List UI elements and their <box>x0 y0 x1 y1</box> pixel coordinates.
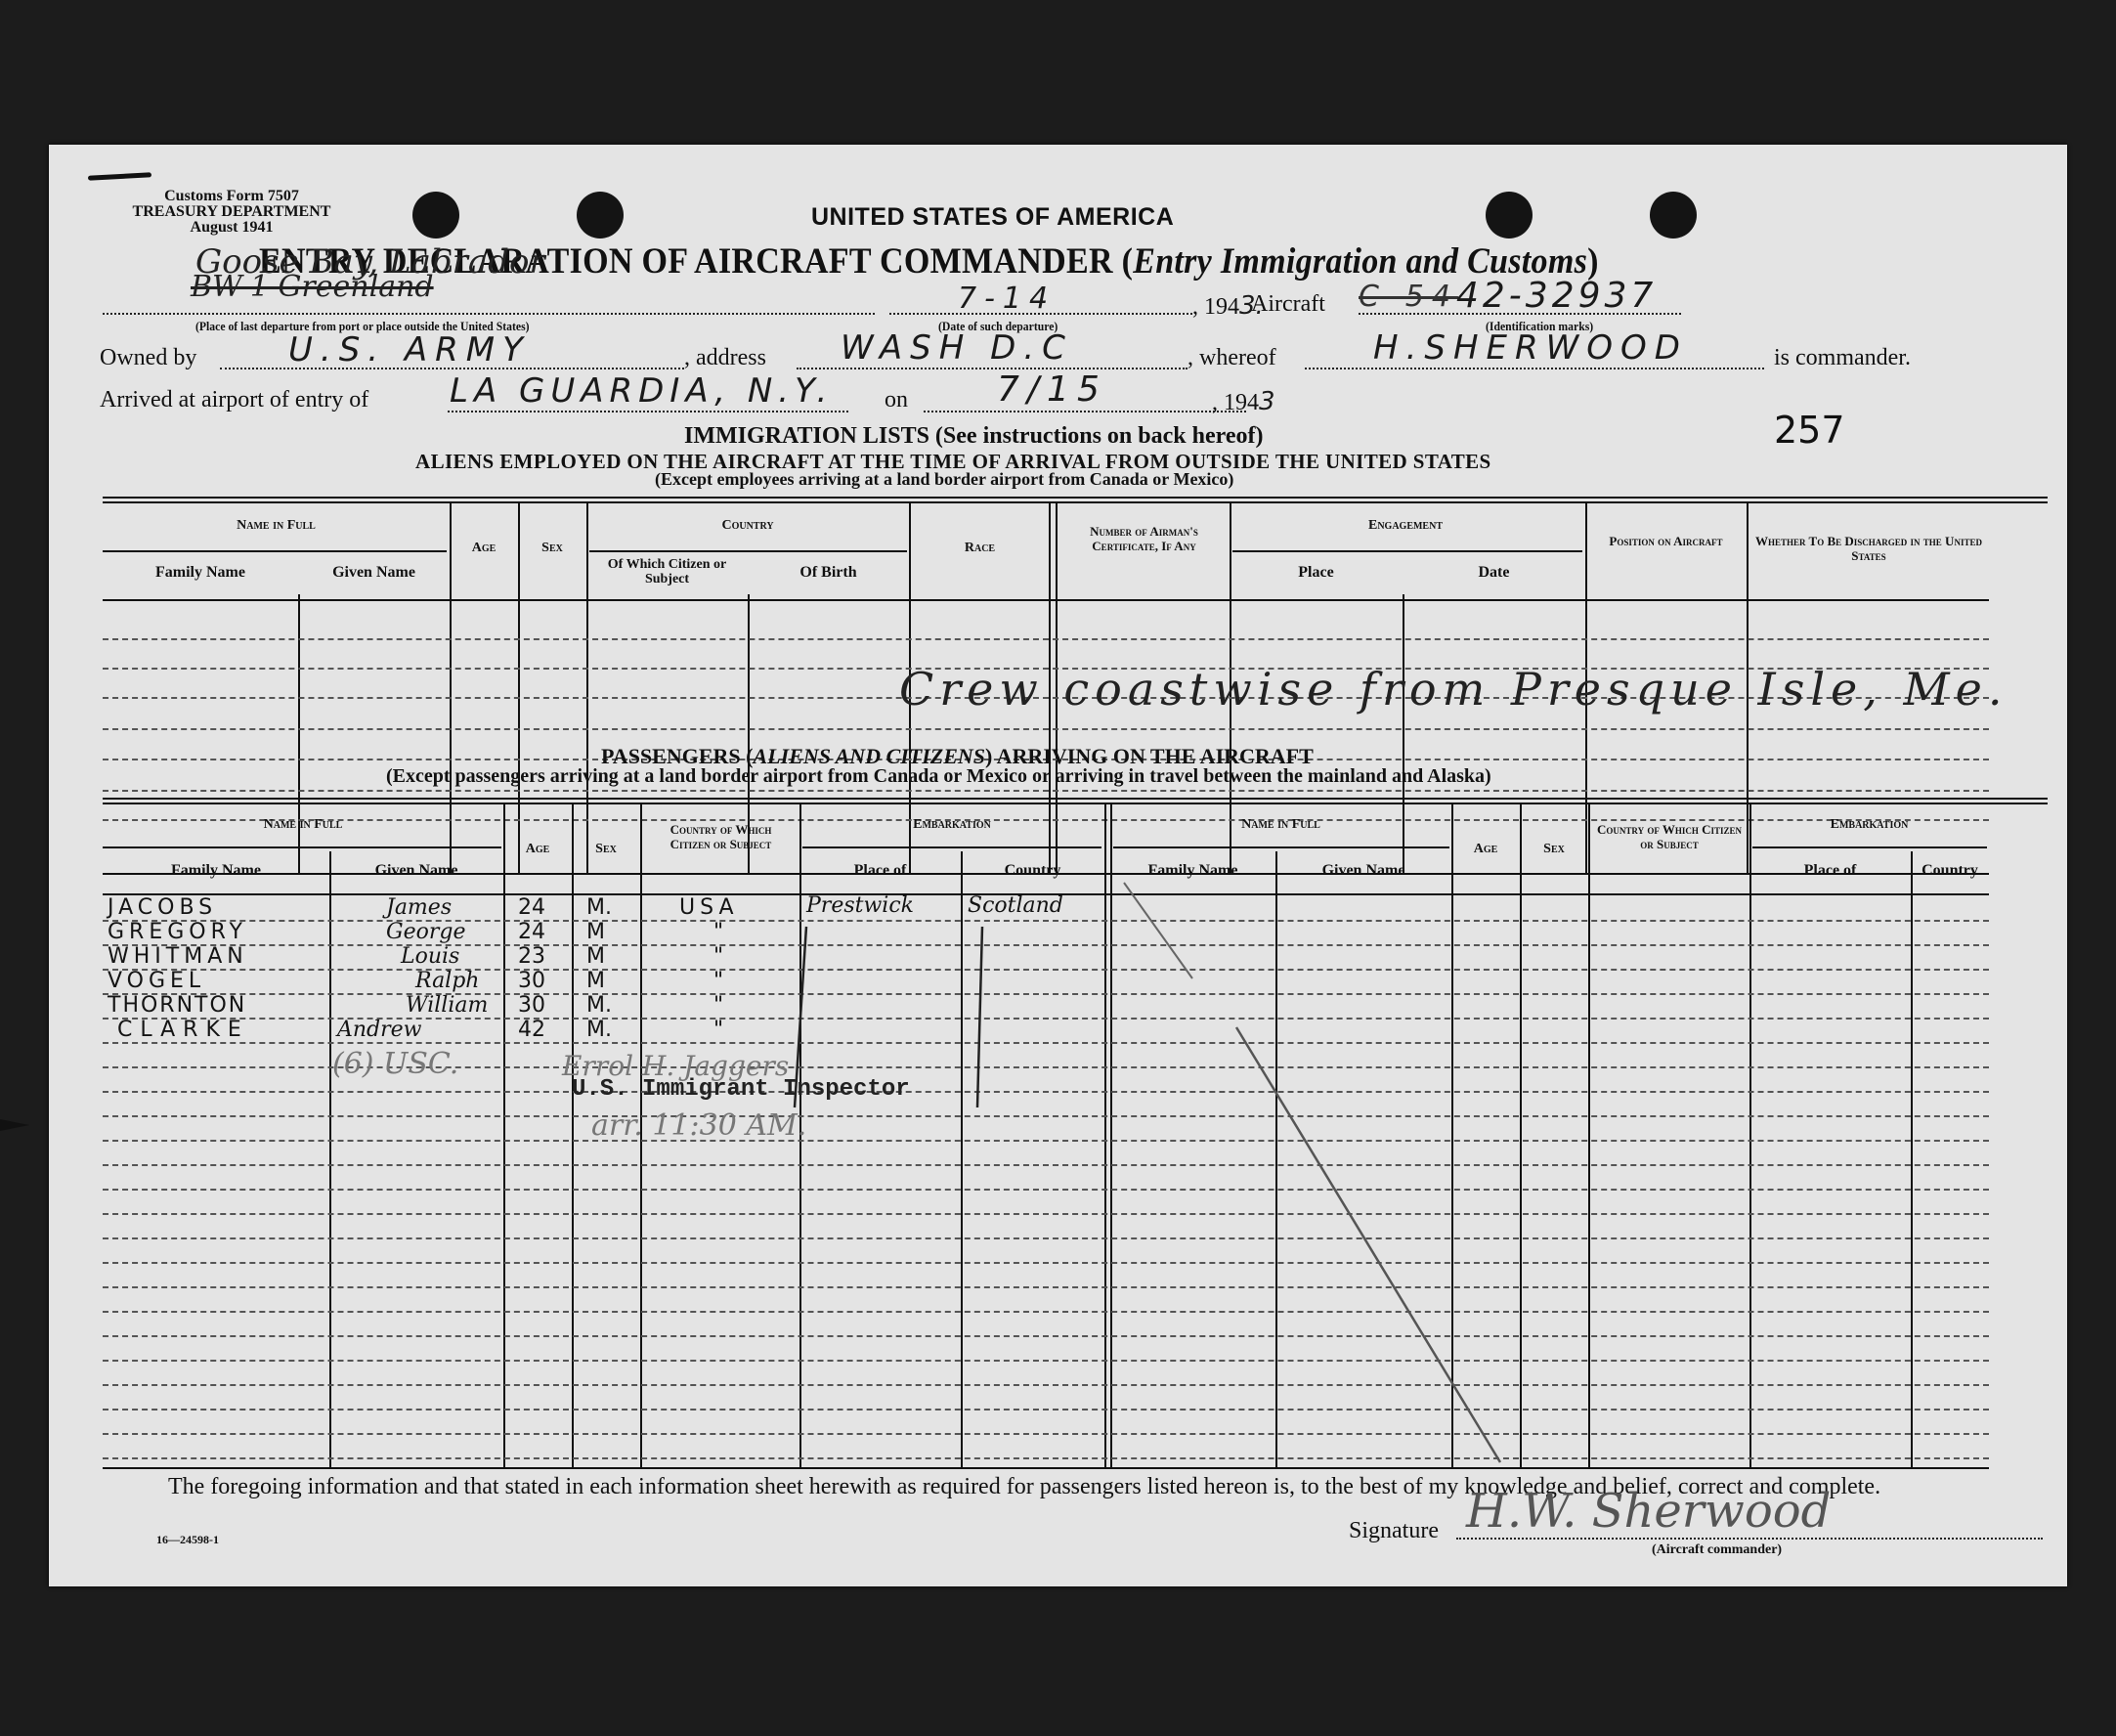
owned-by-value: U.S. ARMY <box>288 330 531 369</box>
row-guide <box>103 993 1989 995</box>
row-guide <box>103 1286 1989 1288</box>
passenger-sex: M. <box>586 895 612 920</box>
col-name-in-full: Name in Full <box>103 518 450 533</box>
col-age: Age <box>450 541 518 555</box>
row-guide <box>103 1091 1989 1093</box>
passenger-count-note: (6) USC. <box>332 1047 458 1081</box>
passenger-embark-place: Prestwick <box>806 893 914 918</box>
aircraft-id-handwritten: 42-32937 <box>1456 276 1657 316</box>
col-of-birth: Of Birth <box>748 565 909 581</box>
form-identifier: Customs Form 7507 TREASURY DEPARTMENT Au… <box>90 189 373 236</box>
passenger-family-name: JACOBS <box>108 895 217 920</box>
aircraft-id-struck: C-54 <box>1359 280 1458 314</box>
signature-label: Signature <box>1349 1518 1439 1544</box>
row-guide <box>103 1262 1989 1264</box>
passenger-citizen: " <box>713 969 723 993</box>
passenger-family-name: CLARKE <box>117 1018 249 1042</box>
col-discharged: Whether To Be Discharged in the United S… <box>1747 534 1991 563</box>
aliens-exception-note: (Except employees arriving at a land bor… <box>655 469 1233 490</box>
customs-form-number: Customs Form 7507 <box>90 189 373 204</box>
pcol-given-name: Given Name <box>329 863 503 879</box>
col-of-which-citizen: Of Which Citizen or Subject <box>586 557 748 586</box>
pcol-embarkation: Embarkation <box>799 817 1104 832</box>
pcol2-sex: Sex <box>1520 842 1588 856</box>
arrival-label: Arrived at airport of entry of <box>100 387 368 413</box>
pcol-family-name: Family Name <box>103 863 329 879</box>
col-country: Country <box>586 518 909 533</box>
passenger-age: 30 <box>518 993 545 1018</box>
arrival-year: , 1943 <box>1212 387 1275 416</box>
aircraft-id-field <box>1359 313 1681 315</box>
passenger-sex: M. <box>586 1018 612 1042</box>
arrival-date-value: 7/15 <box>997 369 1107 410</box>
address-field <box>797 368 1188 369</box>
passengers-table: Name in Full Family Name Given Name Age … <box>103 798 2048 1472</box>
address-value: WASH D.C <box>841 328 1073 368</box>
row-guide <box>103 1164 1989 1166</box>
row-guide <box>103 1433 1989 1435</box>
signature-handwritten: H.W. Sherwood <box>1466 1484 1831 1539</box>
arrival-date-field <box>924 411 1246 412</box>
passenger-given-name: Andrew <box>337 1018 422 1042</box>
commander-value: H.SHERWOOD <box>1373 328 1688 368</box>
punch-hole <box>1650 192 1697 239</box>
aircraft-label: Aircraft <box>1251 291 1325 318</box>
country-heading: UNITED STATES OF AMERICA <box>811 203 1174 232</box>
row-guide <box>103 1189 1989 1191</box>
row-guide <box>103 944 1989 946</box>
passenger-given-name: William <box>406 993 488 1018</box>
pcol-country-citizen: Country of Which Citizen or Subject <box>650 822 792 851</box>
pcol2-embarkation: Embarkation <box>1749 817 1989 832</box>
page-number: 257 <box>1774 409 1845 452</box>
row-guide <box>103 1213 1989 1215</box>
address-label: , address <box>684 345 766 371</box>
pcol2-age: Age <box>1451 842 1520 856</box>
crew-note-handwritten: Crew coastwise from Presque Isle, Me. <box>899 663 2008 716</box>
form-print-code: 16—24598-1 <box>156 1533 219 1547</box>
arrival-on-label: on <box>885 387 908 413</box>
pcol-country: Country <box>961 863 1104 879</box>
passenger-age: 24 <box>518 895 545 920</box>
pcol2-country-citizen: Country of Which Citizen or Subject <box>1596 822 1743 851</box>
passenger-age: 30 <box>518 969 545 993</box>
immigration-lists-heading: IMMIGRATION LISTS (See instructions on b… <box>684 423 1263 450</box>
inspector-stamp: U.S. Immigrant Inspector <box>572 1076 910 1103</box>
row-guide <box>103 1311 1989 1313</box>
col-engagement-date: Date <box>1403 565 1585 581</box>
pcol2-family-name: Family Name <box>1110 863 1275 879</box>
row-guide <box>103 1457 1989 1459</box>
commander-suffix: is commander. <box>1774 345 1911 371</box>
passenger-sex: M <box>586 969 605 993</box>
customs-form-7507: Customs Form 7507 TREASURY DEPARTMENT Au… <box>49 145 2067 1586</box>
pcol-name-in-full: Name in Full <box>103 817 503 832</box>
row-guide <box>103 969 1989 971</box>
row-guide <box>103 1409 1989 1410</box>
pcol2-country: Country <box>1911 863 1989 879</box>
punch-hole <box>1486 192 1533 239</box>
departure-place-field <box>103 313 875 315</box>
passenger-citizen: " <box>713 1018 723 1042</box>
col-sex: Sex <box>518 541 586 555</box>
row-guide <box>103 1115 1989 1117</box>
passenger-family-name: WHITMAN <box>108 944 248 969</box>
arrival-time-note: arr. 11:30 AM. <box>591 1108 806 1143</box>
margin-arrow-mark <box>0 1119 29 1131</box>
row-guide <box>103 1140 1989 1142</box>
col-family-name: Family Name <box>103 565 298 581</box>
pcol2-place-of: Place of <box>1749 863 1911 879</box>
passenger-embark-country: Scotland <box>968 893 1063 918</box>
pcol2-name-in-full: Name in Full <box>1110 817 1451 832</box>
department-name: TREASURY DEPARTMENT <box>90 204 373 220</box>
row-guide <box>103 1360 1989 1362</box>
passenger-given-name: Ralph <box>415 969 479 993</box>
punch-hole <box>577 192 624 239</box>
row-guide <box>103 1042 1989 1044</box>
pcol-age: Age <box>503 842 572 856</box>
col-given-name: Given Name <box>298 565 450 581</box>
passenger-given-name: George <box>386 920 465 944</box>
pcol-place-of: Place of <box>799 863 961 879</box>
passenger-given-name: James <box>386 895 452 920</box>
passenger-given-name: Louis <box>401 944 459 969</box>
passenger-sex: M <box>586 920 605 944</box>
punch-hole <box>412 192 459 239</box>
owned-by-label: Owned by <box>100 345 196 371</box>
departure-date-field <box>889 313 1192 315</box>
passenger-sex: M <box>586 944 605 969</box>
arrival-airport-field <box>448 411 848 412</box>
signature-caption: (Aircraft commander) <box>1652 1542 1782 1558</box>
col-position: Position on Aircraft <box>1585 534 1747 548</box>
pen-mark <box>88 172 151 180</box>
passenger-family-name: GREGORY <box>108 920 247 944</box>
passenger-age: 23 <box>518 944 545 969</box>
col-airman-certificate: Number of Airman's Certificate, If Any <box>1058 524 1230 553</box>
whereof-label: , whereof <box>1188 345 1276 371</box>
pcol2-given-name: Given Name <box>1275 863 1451 879</box>
passengers-exception-note: (Except passengers arriving at a land bo… <box>386 765 1491 788</box>
passenger-family-name: THORNTON <box>108 993 246 1018</box>
col-race: Race <box>909 541 1051 555</box>
row-guide <box>103 1384 1989 1386</box>
commander-field <box>1305 368 1764 369</box>
departure-date-handwritten: 7-14 <box>958 282 1056 316</box>
passenger-citizen: USA <box>679 895 739 920</box>
form-edition: August 1941 <box>90 220 373 236</box>
col-engagement-place: Place <box>1230 565 1403 581</box>
departure-place-struck: BW-1 Greenland <box>191 270 434 304</box>
passenger-citizen: " <box>713 993 723 1018</box>
col-engagement: Engagement <box>1230 518 1581 533</box>
pcol-sex: Sex <box>572 842 640 856</box>
passenger-family-name: VOGEL <box>108 969 205 993</box>
arrival-airport-value: LA GUARDIA, N.Y. <box>450 371 833 411</box>
row-guide <box>103 1335 1989 1337</box>
passenger-age: 24 <box>518 920 545 944</box>
passenger-citizen: " <box>713 920 723 944</box>
row-guide <box>103 1237 1989 1239</box>
passenger-sex: M. <box>586 993 612 1018</box>
passenger-citizen: " <box>713 944 723 969</box>
passenger-age: 42 <box>518 1018 545 1042</box>
